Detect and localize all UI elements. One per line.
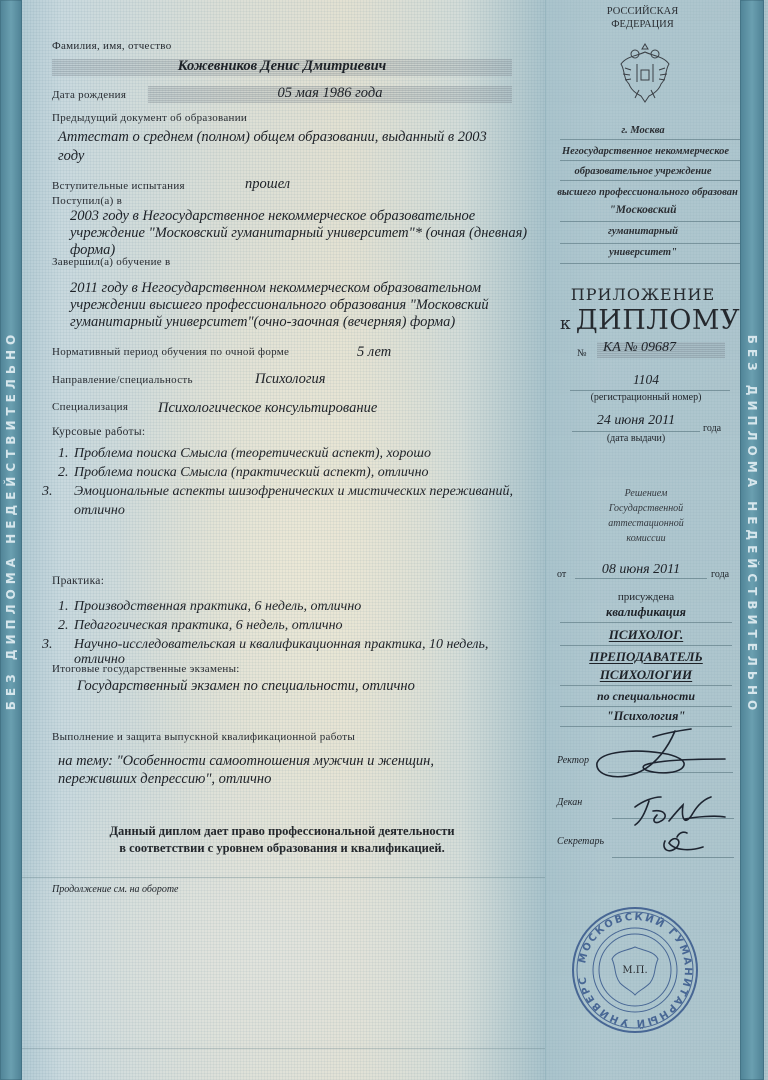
underline (560, 160, 740, 161)
period-value: 5 лет (357, 344, 391, 361)
decision-year-suffix: года (711, 569, 729, 580)
fio-label: Фамилия, имя, отчество (52, 40, 172, 52)
exams-value: Государственный экзамен по специальности… (77, 678, 415, 695)
title-line2: к ДИПЛОМУ (560, 305, 740, 336)
decision-date: 08 июня 2011 (575, 562, 707, 578)
decision-line: Решением (560, 486, 732, 501)
qualification-line: ПСИХОЛОГ. (560, 627, 732, 643)
completed-label: Завершил(а) обучение в (52, 256, 171, 268)
birth-value: 05 мая 1986 года (148, 85, 512, 102)
thesis-value: на тему: "Особенности самоотношения мужч… (58, 752, 438, 788)
decision-from: от (557, 569, 566, 580)
decision-line: комиссии (560, 531, 732, 546)
decision-line: аттестационной (560, 516, 732, 531)
specialization-value: Психологическое консультирование (158, 400, 377, 417)
security-stripe-text: БЕЗ ДИПЛОМА НЕДЕЙСТВИТЕЛЬНО (745, 335, 759, 715)
divider (22, 877, 545, 878)
qualification-line: ПРЕПОДАВАТЕЛЬ (560, 649, 732, 665)
institution-line: "Московский (548, 204, 738, 216)
coursework-item: 2.Проблема поиска Смысла (практический а… (58, 463, 538, 482)
security-stripe-right: БЕЗ ДИПЛОМА НЕДЕЙСТВИТЕЛЬНО (740, 0, 764, 1080)
coursework-label: Курсовые работы: (52, 426, 145, 438)
underline (560, 685, 732, 686)
thesis-label: Выполнение и защита выпускной квалификац… (52, 731, 355, 743)
specialty-label: по специальности (560, 689, 732, 704)
direction-label: Направление/специальность (52, 374, 193, 386)
institution-line: образовательное учреждение (548, 166, 738, 177)
institution-line: Негосударственное некоммерческое (548, 146, 743, 157)
university-stamp: МОСКОВСКИЙ ГУМАНИТАРНЫЙ УНИВЕРСИТЕТ М.П. (570, 905, 700, 1035)
practice-list: 1.Производственная практика, 6 недель, о… (58, 597, 528, 667)
specialty-value: "Психология" (560, 709, 732, 724)
country-heading: РОССИЙСКАЯ ФЕДЕРАЦИЯ (545, 5, 740, 31)
practice-label: Практика: (52, 575, 104, 587)
birth-label: Дата рождения (52, 89, 126, 101)
rights-line: Данный диплом дает право профессионально… (52, 823, 512, 840)
underline (575, 578, 707, 579)
security-stripe-text: БЕЗ ДИПЛОМА НЕДЕЙСТВИТЕЛЬНО (4, 330, 18, 710)
divider (22, 1048, 545, 1049)
issue-year-suffix: года (703, 423, 721, 434)
awarded: присуждена (560, 591, 732, 603)
reg-number: 1104 (560, 372, 732, 388)
underline (560, 221, 740, 222)
institution-line: высшего профессионального образован (545, 187, 750, 198)
prev-doc-value: Аттестат о среднем (полном) общем образо… (58, 128, 498, 166)
russian-coat-of-arms-icon (615, 40, 675, 106)
commission-decision: Решением Государственной аттестационной … (560, 486, 732, 546)
fio-value: Кожевников Денис Дмитриевич (52, 58, 512, 75)
entrance-label: Вступительные испытания (52, 180, 185, 192)
qualification-label: квалификация (560, 605, 732, 620)
completed-value: 2011 году в Негосударственном некоммерче… (70, 280, 510, 331)
underline (560, 263, 740, 264)
underline (560, 139, 740, 140)
institution-line: гуманитарный (548, 226, 738, 237)
title-prefix: к (560, 314, 571, 334)
security-stripe-left: БЕЗ ДИПЛОМА НЕДЕЙСТВИТЕЛЬНО (0, 0, 22, 1080)
rights-statement: Данный диплом дает право профессионально… (52, 823, 512, 857)
institution-line: университет" (548, 247, 738, 258)
exams-label: Итоговые государственные экзамены: (52, 663, 240, 675)
title-line1: ПРИЛОЖЕНИЕ (548, 285, 738, 304)
signatures (565, 725, 745, 865)
rights-line: в соответствии с уровнем образования и к… (52, 840, 512, 857)
qualification-line: ПСИХОЛОГИИ (560, 667, 732, 683)
practice-item: 1.Производственная практика, 6 недель, о… (58, 597, 528, 616)
issue-date: 24 июня 2011 (572, 413, 700, 429)
coursework-list: 1.Проблема поиска Смысла (теоретический … (58, 444, 538, 520)
coursework-item: 1.Проблема поиска Смысла (теоретический … (58, 444, 538, 463)
prev-doc-label: Предыдущий документ об образовании (52, 112, 247, 124)
city: г. Москва (548, 125, 738, 136)
diploma-number: КА № 09687 (603, 340, 676, 356)
coursework-item: 3.Эмоциональные аспекты шизофренических … (58, 482, 538, 520)
underline (560, 180, 740, 181)
underline (560, 645, 732, 646)
enrolled-value: 2003 году в Негосударственное некоммерче… (70, 208, 535, 259)
entrance-value: прошел (245, 176, 290, 193)
underline (560, 243, 740, 244)
practice-item: 2.Педагогическая практика, 6 недель, отл… (58, 616, 528, 635)
period-label: Нормативный период обучения по очной фор… (52, 346, 289, 358)
specialization-label: Специализация (52, 401, 128, 413)
stamp-center-text: М.П. (622, 965, 647, 976)
underline (570, 390, 730, 391)
country-line: ФЕДЕРАЦИЯ (545, 18, 740, 31)
direction-value: Психология (255, 371, 326, 388)
number-sign: № (577, 348, 587, 359)
continued-note: Продолжение см. на обороте (52, 884, 178, 895)
underline (560, 706, 732, 707)
reg-number-caption: (регистрационный номер) (560, 392, 732, 403)
decision-line: Государственной (560, 501, 732, 516)
title-main: ДИПЛОМУ (576, 305, 740, 336)
underline (572, 431, 700, 432)
country-line: РОССИЙСКАЯ (545, 5, 740, 18)
enrolled-label: Поступил(а) в (52, 195, 122, 207)
underline (560, 622, 732, 623)
issue-date-caption: (дата выдачи) (572, 433, 700, 444)
